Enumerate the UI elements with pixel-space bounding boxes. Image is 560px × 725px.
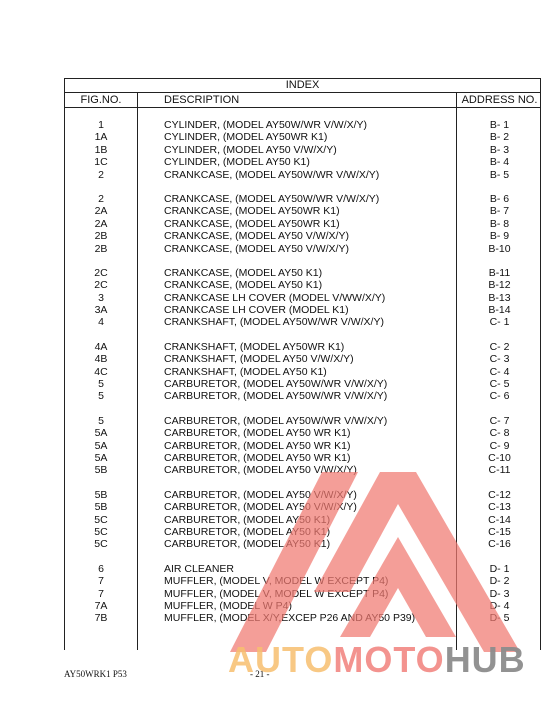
address-cell: B-11 bbox=[457, 267, 542, 279]
description-cell: CRANKCASE LH COVER (MODEL V/WW/X/Y) bbox=[138, 292, 456, 304]
table-row: 2CRANKCASE, (MODEL AY50W/WR V/W/X/Y)B- 5 bbox=[65, 169, 540, 181]
watermark-moto: MOTO bbox=[333, 639, 444, 680]
address-cell: C- 5 bbox=[457, 378, 542, 390]
table-row: 7AMUFFLER, (MODEL W P4)D- 4 bbox=[65, 600, 540, 612]
row-group: 2CRANKCASE, (MODEL AY50W/WR V/W/X/Y)B- 6… bbox=[65, 193, 540, 255]
fig-cell: 5B bbox=[65, 464, 137, 476]
description-cell: CYLINDER, (MODEL AY50WR K1) bbox=[138, 131, 456, 143]
address-cell: B- 8 bbox=[457, 218, 542, 230]
address-cell: B-10 bbox=[457, 243, 542, 255]
fig-cell: 2A bbox=[65, 218, 137, 230]
table-row: 2CCRANKCASE, (MODEL AY50 K1)B-12 bbox=[65, 279, 540, 291]
table-row: 5ACARBURETOR, (MODEL AY50 WR K1)C-10 bbox=[65, 452, 540, 464]
table-row: 4CRANKSHAFT, (MODEL AY50W/WR V/W/X/Y)C- … bbox=[65, 316, 540, 328]
description-cell: CARBURETOR, (MODEL AY50 V/W/X/Y) bbox=[138, 464, 456, 476]
table-row: 2CRANKCASE, (MODEL AY50W/WR V/W/X/Y)B- 6 bbox=[65, 193, 540, 205]
address-cell: B- 2 bbox=[457, 131, 542, 143]
table-row: 5BCARBURETOR, (MODEL AY50 V/W/X/Y)C-12 bbox=[65, 489, 540, 501]
fig-cell: 2 bbox=[65, 169, 137, 181]
fig-cell: 7B bbox=[65, 612, 137, 624]
table-row: 5CARBURETOR, (MODEL AY50W/WR V/W/X/Y)C- … bbox=[65, 390, 540, 402]
table-row: 5ACARBURETOR, (MODEL AY50 WR K1)C- 9 bbox=[65, 440, 540, 452]
description-cell: CARBURETOR, (MODEL AY50 WR K1) bbox=[138, 427, 456, 439]
fig-cell: 2B bbox=[65, 243, 137, 255]
description-cell: AIR CLEANER bbox=[138, 563, 456, 575]
fig-cell: 5C bbox=[65, 514, 137, 526]
table-row: 5BCARBURETOR, (MODEL AY50 V/W/X/Y)C-13 bbox=[65, 501, 540, 513]
table-row: 3CRANKCASE LH COVER (MODEL V/WW/X/Y)B-13 bbox=[65, 292, 540, 304]
fig-cell: 2C bbox=[65, 279, 137, 291]
address-cell: C- 4 bbox=[457, 366, 542, 378]
address-cell: D- 2 bbox=[457, 575, 542, 587]
table-row: 2ACRANKCASE, (MODEL AY50WR K1)B- 7 bbox=[65, 205, 540, 217]
address-cell: B- 1 bbox=[457, 119, 542, 131]
description-cell: CRANKCASE, (MODEL AY50 K1) bbox=[138, 267, 456, 279]
table-row: 5CARBURETOR, (MODEL AY50W/WR V/W/X/Y)C- … bbox=[65, 378, 540, 390]
description-cell: CRANKSHAFT, (MODEL AY50WR K1) bbox=[138, 341, 456, 353]
description-cell: CRANKCASE, (MODEL AY50 K1) bbox=[138, 279, 456, 291]
fig-cell: 2A bbox=[65, 205, 137, 217]
fig-cell: 5A bbox=[65, 452, 137, 464]
row-group: 1CYLINDER, (MODEL AY50W/WR V/W/X/Y)B- 11… bbox=[65, 119, 540, 181]
description-cell: MUFFLER, (MODEL V, MODEL W EXCEPT P4) bbox=[138, 575, 456, 587]
address-cell: D- 3 bbox=[457, 588, 542, 600]
fig-cell: 6 bbox=[65, 563, 137, 575]
address-cell: B- 3 bbox=[457, 144, 542, 156]
table-row: 5CCARBURETOR, (MODEL AY50 K1)C-15 bbox=[65, 526, 540, 538]
description-cell: CRANKSHAFT, (MODEL AY50 V/W/X/Y) bbox=[138, 353, 456, 365]
column-header-fig: FIG.NO. bbox=[65, 93, 137, 107]
address-cell: C-16 bbox=[457, 538, 542, 550]
address-cell: B- 7 bbox=[457, 205, 542, 217]
watermark-hub: HUB bbox=[445, 639, 526, 680]
description-cell: MUFFLER, (MODEL X/Y,EXCEP P26 AND AY50 P… bbox=[138, 612, 456, 624]
description-cell: CYLINDER, (MODEL AY50W/WR V/W/X/Y) bbox=[138, 119, 456, 131]
address-cell: C-15 bbox=[457, 526, 542, 538]
fig-cell: 5B bbox=[65, 501, 137, 513]
fig-cell: 5A bbox=[65, 427, 137, 439]
address-cell: D- 1 bbox=[457, 563, 542, 575]
description-cell: CARBURETOR, (MODEL AY50W/WR V/W/X/Y) bbox=[138, 378, 456, 390]
description-cell: CARBURETOR, (MODEL AY50 WR K1) bbox=[138, 440, 456, 452]
table-row: 2BCRANKCASE, (MODEL AY50 V/W/X/Y)B-10 bbox=[65, 243, 540, 255]
fig-cell: 2B bbox=[65, 230, 137, 242]
row-group: 6AIR CLEANERD- 17MUFFLER, (MODEL V, MODE… bbox=[65, 563, 540, 625]
index-table: INDEX FIG.NO. DESCRIPTION ADDRESS NO. 1C… bbox=[64, 78, 541, 650]
description-cell: CRANKCASE, (MODEL AY50 V/W/X/Y) bbox=[138, 230, 456, 242]
address-cell: D- 5 bbox=[457, 612, 542, 624]
table-title: INDEX bbox=[65, 79, 540, 93]
description-cell: CARBURETOR, (MODEL AY50 V/W/X/Y) bbox=[138, 489, 456, 501]
table-row: 4CCRANKSHAFT, (MODEL AY50 K1)C- 4 bbox=[65, 366, 540, 378]
fig-cell: 1 bbox=[65, 119, 137, 131]
description-cell: CARBURETOR, (MODEL AY50 K1) bbox=[138, 526, 456, 538]
table-row: 7MUFFLER, (MODEL V, MODEL W EXCEPT P4)D-… bbox=[65, 588, 540, 600]
table-body: 1CYLINDER, (MODEL AY50W/WR V/W/X/Y)B- 11… bbox=[65, 108, 540, 625]
address-cell: C-13 bbox=[457, 501, 542, 513]
fig-cell: 4B bbox=[65, 353, 137, 365]
fig-cell: 4 bbox=[65, 316, 137, 328]
fig-cell: 5 bbox=[65, 415, 137, 427]
address-cell: D- 4 bbox=[457, 600, 542, 612]
footer-model-code: AY50WRK1 P53 bbox=[64, 669, 127, 679]
description-cell: CYLINDER, (MODEL AY50 K1) bbox=[138, 156, 456, 168]
description-cell: CYLINDER, (MODEL AY50 V/W/X/Y) bbox=[138, 144, 456, 156]
fig-cell: 5A bbox=[65, 440, 137, 452]
row-group: 2CCRANKCASE, (MODEL AY50 K1)B-112CCRANKC… bbox=[65, 267, 540, 329]
address-cell: C-14 bbox=[457, 514, 542, 526]
address-cell: C- 8 bbox=[457, 427, 542, 439]
watermark-auto: AUTO bbox=[228, 639, 333, 680]
address-cell: C- 1 bbox=[457, 316, 542, 328]
fig-cell: 4C bbox=[65, 366, 137, 378]
address-cell: B- 5 bbox=[457, 169, 542, 181]
fig-cell: 5 bbox=[65, 378, 137, 390]
table-row: 4ACRANKSHAFT, (MODEL AY50WR K1)C- 2 bbox=[65, 341, 540, 353]
table-row: 5CARBURETOR, (MODEL AY50W/WR V/W/X/Y)C- … bbox=[65, 415, 540, 427]
description-cell: CRANKCASE, (MODEL AY50W/WR V/W/X/Y) bbox=[138, 193, 456, 205]
column-header-address: ADDRESS NO. bbox=[457, 93, 542, 107]
fig-cell: 7 bbox=[65, 588, 137, 600]
description-cell: MUFFLER, (MODEL V, MODEL W EXCEPT P4) bbox=[138, 588, 456, 600]
table-row: 6AIR CLEANERD- 1 bbox=[65, 563, 540, 575]
row-group: 4ACRANKSHAFT, (MODEL AY50WR K1)C- 24BCRA… bbox=[65, 341, 540, 403]
address-cell: C- 2 bbox=[457, 341, 542, 353]
fig-cell: 7A bbox=[65, 600, 137, 612]
fig-cell: 5 bbox=[65, 390, 137, 402]
address-cell: B-13 bbox=[457, 292, 542, 304]
table-row: 7BMUFFLER, (MODEL X/Y,EXCEP P26 AND AY50… bbox=[65, 612, 540, 624]
table-row: 1CYLINDER, (MODEL AY50W/WR V/W/X/Y)B- 1 bbox=[65, 119, 540, 131]
table-row: 5CCARBURETOR, (MODEL AY50 K1)C-16 bbox=[65, 538, 540, 550]
description-cell: CARBURETOR, (MODEL AY50 V/W/X/Y) bbox=[138, 501, 456, 513]
table-row: 5ACARBURETOR, (MODEL AY50 WR K1)C- 8 bbox=[65, 427, 540, 439]
fig-cell: 4A bbox=[65, 341, 137, 353]
row-group: 5BCARBURETOR, (MODEL AY50 V/W/X/Y)C-125B… bbox=[65, 489, 540, 551]
description-cell: CRANKCASE, (MODEL AY50WR K1) bbox=[138, 218, 456, 230]
fig-cell: 7 bbox=[65, 575, 137, 587]
address-cell: C-11 bbox=[457, 464, 542, 476]
table-row: 2CCRANKCASE, (MODEL AY50 K1)B-11 bbox=[65, 267, 540, 279]
address-cell: B-14 bbox=[457, 304, 542, 316]
fig-cell: 5C bbox=[65, 526, 137, 538]
table-row: 2BCRANKCASE, (MODEL AY50 V/W/X/Y)B- 9 bbox=[65, 230, 540, 242]
description-cell: CRANKCASE LH COVER (MODEL K1) bbox=[138, 304, 456, 316]
address-cell: B- 4 bbox=[457, 156, 542, 168]
column-header-description: DESCRIPTION bbox=[138, 93, 456, 107]
description-cell: MUFFLER, (MODEL W P4) bbox=[138, 600, 456, 612]
table-row: 3ACRANKCASE LH COVER (MODEL K1)B-14 bbox=[65, 304, 540, 316]
fig-cell: 2 bbox=[65, 193, 137, 205]
manual-page: INDEX FIG.NO. DESCRIPTION ADDRESS NO. 1C… bbox=[0, 0, 560, 725]
address-cell: C- 6 bbox=[457, 390, 542, 402]
fig-cell: 5B bbox=[65, 489, 137, 501]
address-cell: B- 6 bbox=[457, 193, 542, 205]
description-cell: CARBURETOR, (MODEL AY50W/WR V/W/X/Y) bbox=[138, 390, 456, 402]
description-cell: CRANKCASE, (MODEL AY50W/WR V/W/X/Y) bbox=[138, 169, 456, 181]
fig-cell: 3A bbox=[65, 304, 137, 316]
address-cell: C-10 bbox=[457, 452, 542, 464]
description-cell: CARBURETOR, (MODEL AY50 WR K1) bbox=[138, 452, 456, 464]
table-row: 5CCARBURETOR, (MODEL AY50 K1)C-14 bbox=[65, 514, 540, 526]
table-row: 7MUFFLER, (MODEL V, MODEL W EXCEPT P4)D-… bbox=[65, 575, 540, 587]
table-row: 4BCRANKSHAFT, (MODEL AY50 V/W/X/Y)C- 3 bbox=[65, 353, 540, 365]
description-cell: CARBURETOR, (MODEL AY50 K1) bbox=[138, 514, 456, 526]
description-cell: CRANKCASE, (MODEL AY50 V/W/X/Y) bbox=[138, 243, 456, 255]
table-row: 5BCARBURETOR, (MODEL AY50 V/W/X/Y)C-11 bbox=[65, 464, 540, 476]
row-group: 5CARBURETOR, (MODEL AY50W/WR V/W/X/Y)C- … bbox=[65, 415, 540, 477]
table-row: 2ACRANKCASE, (MODEL AY50WR K1)B- 8 bbox=[65, 218, 540, 230]
address-cell: C- 3 bbox=[457, 353, 542, 365]
description-cell: CRANKCASE, (MODEL AY50WR K1) bbox=[138, 205, 456, 217]
table-row: 1CCYLINDER, (MODEL AY50 K1)B- 4 bbox=[65, 156, 540, 168]
fig-cell: 5C bbox=[65, 538, 137, 550]
address-cell: C- 7 bbox=[457, 415, 542, 427]
description-cell: CARBURETOR, (MODEL AY50 K1) bbox=[138, 538, 456, 550]
fig-cell: 1B bbox=[65, 144, 137, 156]
address-cell: C- 9 bbox=[457, 440, 542, 452]
fig-cell: 3 bbox=[65, 292, 137, 304]
watermark-text: AUTOMOTOHUB bbox=[228, 642, 526, 678]
address-cell: C-12 bbox=[457, 489, 542, 501]
address-cell: B- 9 bbox=[457, 230, 542, 242]
fig-cell: 1C bbox=[65, 156, 137, 168]
description-cell: CRANKSHAFT, (MODEL AY50 K1) bbox=[138, 366, 456, 378]
address-cell: B-12 bbox=[457, 279, 542, 291]
description-cell: CRANKSHAFT, (MODEL AY50W/WR V/W/X/Y) bbox=[138, 316, 456, 328]
table-row: 1BCYLINDER, (MODEL AY50 V/W/X/Y)B- 3 bbox=[65, 144, 540, 156]
description-cell: CARBURETOR, (MODEL AY50W/WR V/W/X/Y) bbox=[138, 415, 456, 427]
table-row: 1ACYLINDER, (MODEL AY50WR K1)B- 2 bbox=[65, 131, 540, 143]
fig-cell: 1A bbox=[65, 131, 137, 143]
fig-cell: 2C bbox=[65, 267, 137, 279]
